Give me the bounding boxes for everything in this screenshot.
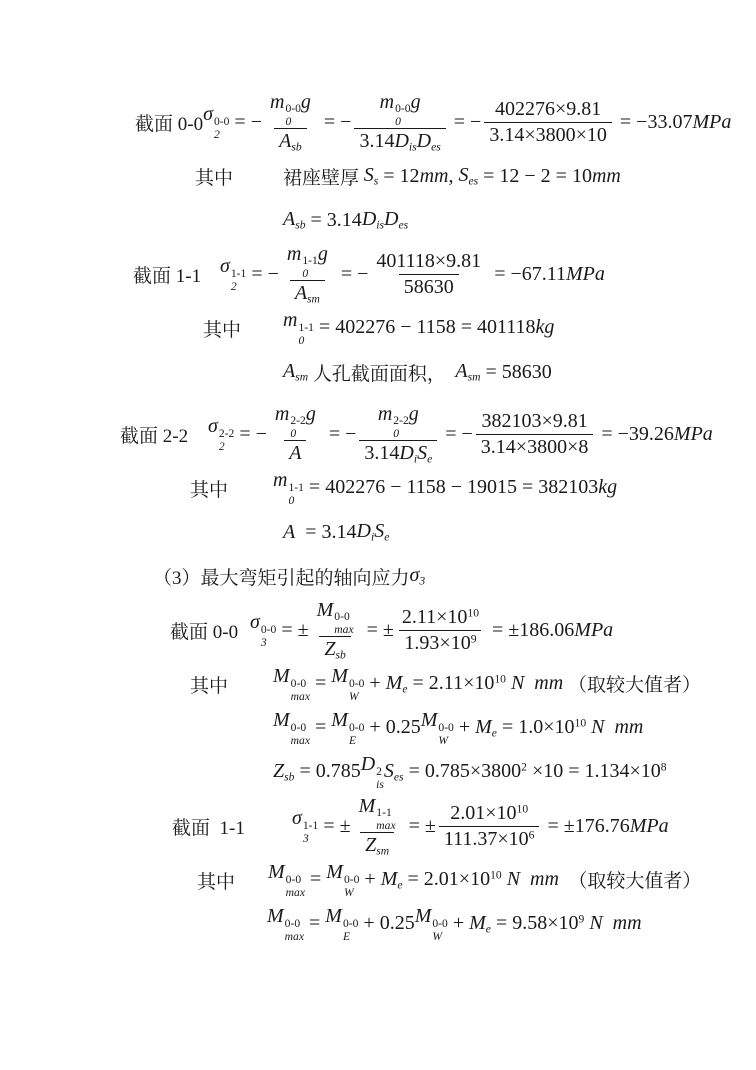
- section-label: 其中: [203, 315, 283, 342]
- section-label: 其中: [190, 671, 273, 698]
- formula-line-mmax-seismic-0-0: M0-0max = M0-0E + 0.25M0-0W + Me = 1.0×1…: [0, 706, 756, 750]
- formula: M0-0max = M0-0E + 0.25M0-0W + Me = 9.58×…: [267, 905, 642, 943]
- formula: 裙座壁厚 Ss = 12mm, Ses = 12 − 2 = 10mm: [283, 163, 621, 190]
- section-label: 截面 1-1: [172, 813, 292, 840]
- formula-line-section-0-0-sigma2: 截面 0-0 σ0-02 = −m0-00gAsb = −m0-00g3.14D…: [0, 90, 756, 154]
- formula: σ2-22 = −m2-20gA = −m2-20g3.14DiSe = −38…: [208, 402, 713, 467]
- formula: Asm 人孔截面面积， Asm = 58630: [283, 359, 552, 386]
- formula-line-section-1-1-sigma2: 截面 1-1 σ1-12 = −m1-10gAsm = −401118×9.81…: [0, 242, 756, 306]
- formula-line-section-0-0-sigma3: 截面 0-0 σ0-03 = ±M0-0maxZsb = ±2.11×10101…: [0, 598, 756, 662]
- section-label: 截面 0-0: [135, 109, 203, 136]
- document-page: 截面 0-0 σ0-02 = −m0-00gAsb = −m0-00g3.14D…: [0, 0, 756, 1070]
- formula-line-skirt-thickness: 其中 裙座壁厚 Ss = 12mm, Ses = 12 − 2 = 10mm: [0, 154, 756, 198]
- formula-line-asb: Asb = 3.14DisDes: [0, 198, 756, 242]
- section-label: 截面 2-2: [120, 421, 208, 448]
- formula: σ0-02 = −m0-00gAsb = −m0-00g3.14DisDes =…: [203, 90, 731, 155]
- formula-line-section-1-1-sigma3: 截面 1-1 σ1-13 = ±M1-1maxZsm = ±2.01×10101…: [0, 794, 756, 858]
- formula: Zsb = 0.785D2isSes = 0.785×38002 ×10 = 1…: [273, 753, 667, 791]
- formula: m1-10 = 402276 − 1158 − 19015 = 382103kg: [273, 469, 617, 507]
- section-label: 其中: [195, 163, 283, 190]
- formula-line-zsb: Zsb = 0.785D2isSes = 0.785×38002 ×10 = 1…: [0, 750, 756, 794]
- formula: A = 3.14DiSe: [283, 520, 389, 543]
- formula-line-m0-2-2: 其中 m1-10 = 402276 − 1158 − 19015 = 38210…: [0, 466, 756, 510]
- formula: σ1-12 = −m1-10gAsm = −401118×9.8158630 =…: [220, 242, 605, 307]
- formula: σ1-13 = ±M1-1maxZsm = ±2.01×1010111.37×1…: [292, 794, 669, 859]
- formula-line-section-2-2-sigma2: 截面 2-2 σ2-22 = −m2-20gA = −m2-20g3.14DiS…: [0, 402, 756, 466]
- section-label: 截面 1-1: [133, 261, 220, 288]
- formula-line-mmax-1-1: 其中 M0-0max = M0-0W + Me = 2.01×1010 N mm…: [0, 858, 756, 902]
- formula-line-a: A = 3.14DiSe: [0, 510, 756, 554]
- formula: （3）最大弯矩引起的轴向应力σ3: [153, 563, 425, 590]
- formula-line-mmax-0-0: 其中 M0-0max = M0-0W + Me = 2.11×1010 N mm…: [0, 662, 756, 706]
- formula: σ0-03 = ±M0-0maxZsb = ±2.11×10101.93×109…: [250, 598, 613, 663]
- formula: m1-10 = 402276 − 1158 = 401118kg: [283, 309, 554, 347]
- section-label: 其中: [197, 867, 268, 894]
- formula: M0-0max = M0-0E + 0.25M0-0W + Me = 1.0×1…: [273, 709, 643, 747]
- formula-line-m0-1-1: 其中 m1-10 = 402276 − 1158 = 401118kg: [0, 306, 756, 350]
- formula: M0-0max = M0-0W + Me = 2.11×1010 N mm （取…: [273, 665, 701, 703]
- heading-max-bending-stress: （3）最大弯矩引起的轴向应力σ3: [0, 554, 756, 598]
- section-label: 其中: [190, 475, 273, 502]
- formula-line-mmax-seismic-1-1: M0-0max = M0-0E + 0.25M0-0W + Me = 9.58×…: [0, 902, 756, 946]
- formula-line-asm: Asm 人孔截面面积， Asm = 58630: [0, 350, 756, 394]
- formula: Asb = 3.14DisDes: [283, 208, 408, 231]
- section-label: 截面 0-0: [170, 617, 250, 644]
- formula: M0-0max = M0-0W + Me = 2.01×1010 N mm （取…: [268, 861, 701, 899]
